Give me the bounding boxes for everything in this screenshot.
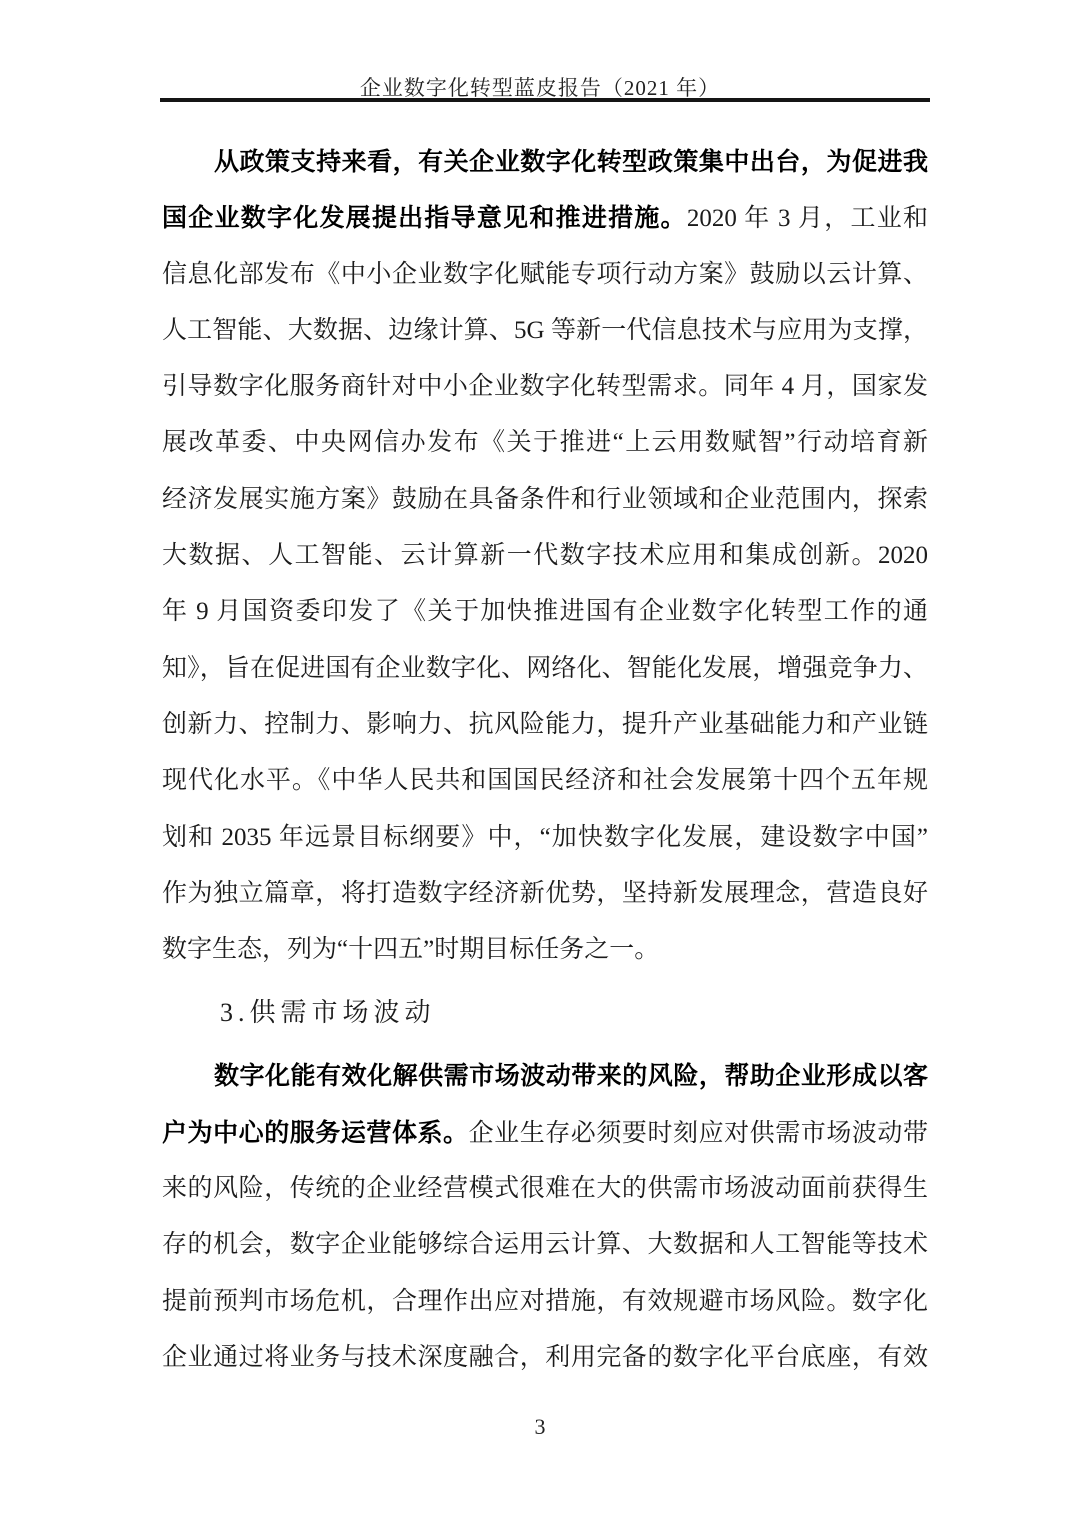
text-line: 存的机会，数字企业能够综合运用云计算、大数据和人工智能等技术 [162, 1217, 928, 1273]
text-line: 知》，旨在促进国有企业数字化、网络化、智能化发展，增强竞争力、 [162, 641, 928, 697]
text-segment: 人工智能、大数据、边缘计算、5G 等新一代信息技术与应用为支撑， [162, 317, 928, 344]
text-line: 现代化水平。《中华人民共和国国民经济和社会发展第十四个五年规 [162, 753, 928, 809]
text-line: 数字化能有效化解供需市场波动带来的风险，帮助企业形成以客 [162, 1048, 928, 1104]
text-segment: 大数据、人工智能、云计算新一代数字技术应用和集成创新。2020 [162, 542, 928, 569]
text-segment: 引导数字化服务商针对中小企业数字化转型需求。同年 4 月，国家发 [162, 373, 928, 400]
document-body: 从政策支持来看，有关企业数字化转型政策集中出台，为促进我国企业数字化发展提出指导… [162, 134, 928, 1386]
text-line: 展改革委、中央网信办发布《关于推进“上云用数赋智”行动培育新 [162, 415, 928, 471]
text-line: 从政策支持来看，有关企业数字化转型政策集中出台，为促进我 [162, 134, 928, 190]
text-segment: 作为独立篇章，将打造数字经济新优势，坚持新发展理念，营造良好 [162, 880, 928, 907]
text-line: 提前预判市场危机，合理作出应对措施，有效规避市场风险。数字化 [162, 1274, 928, 1330]
text-line: 创新力、控制力、影响力、抗风险能力，提升产业基础能力和产业链 [162, 697, 928, 753]
text-segment: 年 9 月国资委印发了《关于加快推进国有企业数字化转型工作的通 [162, 598, 928, 625]
text-segment: 企业生存必须要时刻应对供需市场波动带 [469, 1120, 928, 1147]
text-line: 年 9 月国资委印发了《关于加快推进国有企业数字化转型工作的通 [162, 584, 928, 640]
text-segment: 划和 2035 年远景目标纲要》中，“加快数字化发展，建设数字中国” [162, 824, 928, 851]
text-line: 人工智能、大数据、边缘计算、5G 等新一代信息技术与应用为支撑， [162, 303, 928, 359]
page-number: 3 [0, 1412, 1080, 1442]
text-segment: 现代化水平。《中华人民共和国国民经济和社会发展第十四个五年规 [162, 767, 928, 794]
text-line: 数字生态，列为“十四五”时期目标任务之一。 [162, 922, 928, 978]
text-line: 企业通过将业务与技术深度融合，利用完备的数字化平台底座，有效 [162, 1330, 928, 1386]
text-segment: 创新力、控制力、影响力、抗风险能力，提升产业基础能力和产业链 [162, 711, 928, 738]
text-segment: 存的机会，数字企业能够综合运用云计算、大数据和人工智能等技术 [162, 1231, 928, 1258]
text-segment: 提前预判市场危机，合理作出应对措施，有效规避市场风险。数字化 [162, 1288, 928, 1315]
text-segment: 知》，旨在促进国有企业数字化、网络化、智能化发展，增强竞争力、 [162, 655, 928, 682]
text-line: 划和 2035 年远景目标纲要》中，“加快数字化发展，建设数字中国” [162, 810, 928, 866]
header-rule [160, 98, 930, 102]
text-line: 引导数字化服务商针对中小企业数字化转型需求。同年 4 月，国家发 [162, 359, 928, 415]
text-line: 信息化部发布《中小企业数字化赋能专项行动方案》鼓励以云计算、 [162, 247, 928, 303]
text-segment: 企业通过将业务与技术深度融合，利用完备的数字化平台底座，有效 [162, 1344, 928, 1371]
text-line: 国企业数字化发展提出指导意见和推进措施。2020 年 3 月，工业和 [162, 190, 928, 246]
bold-text-segment: 国企业数字化发展提出指导意见和推进措施。 [162, 204, 687, 232]
text-segment: 信息化部发布《中小企业数字化赋能专项行动方案》鼓励以云计算、 [162, 261, 928, 288]
text-segment: 经济发展实施方案》鼓励在具备条件和行业领域和企业范围内，探索 [162, 486, 928, 513]
text-segment: 来的风险，传统的企业经营模式很难在大的供需市场波动面前获得生 [162, 1175, 928, 1202]
paragraph-1: 从政策支持来看，有关企业数字化转型政策集中出台，为促进我国企业数字化发展提出指导… [162, 134, 928, 978]
document-page: 企业数字化转型蓝皮报告（2021 年） 从政策支持来看，有关企业数字化转型政策集… [0, 0, 1080, 1527]
bold-text-segment: 从政策支持来看，有关企业数字化转型政策集中出台，为促进我 [214, 148, 928, 176]
paragraph-2: 数字化能有效化解供需市场波动带来的风险，帮助企业形成以客户为中心的服务运营体系。… [162, 1048, 928, 1386]
section-heading: 3.供需市场波动 [162, 984, 928, 1042]
text-line: 户为中心的服务运营体系。企业生存必须要时刻应对供需市场波动带 [162, 1105, 928, 1161]
text-line: 大数据、人工智能、云计算新一代数字技术应用和集成创新。2020 [162, 528, 928, 584]
bold-text-segment: 户为中心的服务运营体系。 [162, 1119, 469, 1147]
bold-text-segment: 数字化能有效化解供需市场波动带来的风险，帮助企业形成以客 [214, 1062, 928, 1090]
text-segment: 展改革委、中央网信办发布《关于推进“上云用数赋智”行动培育新 [162, 429, 928, 456]
text-line: 作为独立篇章，将打造数字经济新优势，坚持新发展理念，营造良好 [162, 866, 928, 922]
text-segment: 数字生态，列为“十四五”时期目标任务之一。 [162, 936, 659, 963]
text-line: 来的风险，传统的企业经营模式很难在大的供需市场波动面前获得生 [162, 1161, 928, 1217]
text-line: 经济发展实施方案》鼓励在具备条件和行业领域和企业范围内，探索 [162, 472, 928, 528]
text-segment: 2020 年 3 月，工业和 [687, 205, 928, 232]
